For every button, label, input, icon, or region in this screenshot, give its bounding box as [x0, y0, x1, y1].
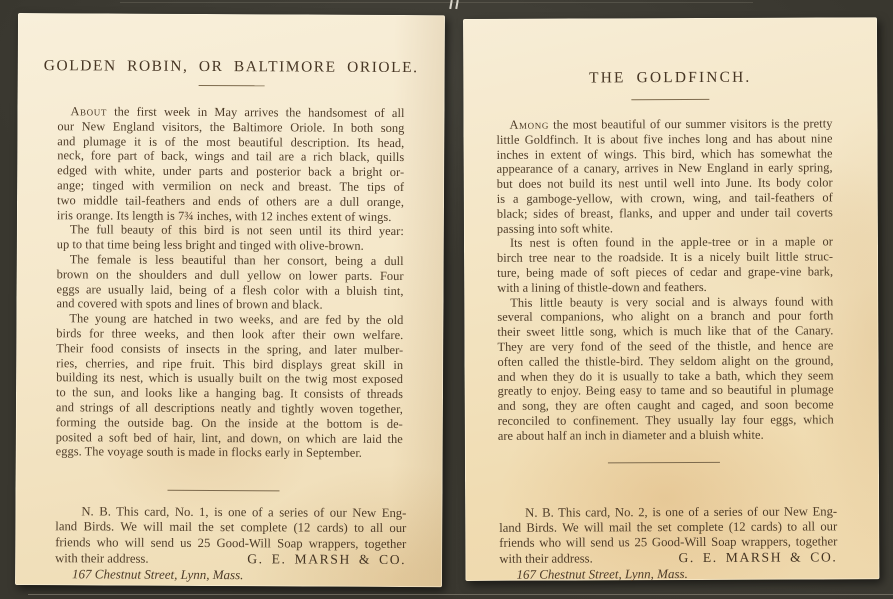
small-caps-lead-word: About — [70, 104, 107, 118]
text-line: N. B. This card, No. 2, is one of a seri… — [499, 504, 837, 521]
paragraph: The female is less beautiful than her co… — [56, 252, 403, 313]
text-line: are about half an inch in diameter and a… — [498, 427, 834, 443]
publisher-address: 167 Chestnut Street, Lynn, Mass. — [72, 566, 406, 583]
text-line: and when they do it is usually to take a… — [498, 368, 834, 384]
text-line: land Birds. We will mail the set complet… — [499, 519, 837, 536]
text-line: N. B. This card, No. 1, is one of a seri… — [55, 504, 406, 521]
trade-card-oriole: GOLDEN ROBIN, OR BALTIMORE ORIOLE. About… — [15, 13, 445, 587]
text-line: forming the outside bag. On the inside a… — [56, 415, 403, 432]
note-closing-line: with their address. G. E. MARSH & CO. — [55, 550, 406, 568]
trade-card-goldfinch: THE GOLDFINCH. Among the most beautiful … — [463, 17, 879, 581]
backdrop-mark — [449, 0, 453, 9]
publisher-signature: G. E. MARSH & CO. — [247, 551, 406, 567]
text-line: appearance of a canary, arrives in New E… — [497, 161, 833, 177]
paragraph: The full beauty of this bird is not seen… — [57, 223, 404, 254]
publisher-note: N. B. This card, No. 1, is one of a seri… — [55, 504, 406, 583]
note-closing-text: with their address. — [499, 552, 592, 568]
backdrop-scratch — [120, 2, 753, 3]
text-line: black; sides of breast, flanks, and uppe… — [497, 205, 833, 221]
text-line: friends who will send us 25 Good-Will So… — [499, 534, 837, 551]
text-line: two middle tail-feathers and ends of oth… — [57, 193, 404, 210]
note-closing-line: with their address. G. E. MARSH & CO. — [499, 550, 837, 568]
text-line: is a gamboge-yellow, with crown, wing, a… — [497, 190, 833, 206]
note-divider — [608, 461, 720, 462]
text-line: inches in extent of wings. This bird, wh… — [497, 146, 833, 162]
text-line: ange; tinged with vermilion on neck and … — [57, 178, 404, 195]
text-line: eggs. The voyage south is made in flocks… — [56, 445, 403, 462]
publisher-note: N. B. This card, No. 2, is one of a seri… — [499, 504, 837, 582]
text-line: our New England visitors, the Baltimore … — [57, 119, 404, 136]
text-line: land Birds. We will mail the set complet… — [55, 520, 406, 537]
text-line: About the first week in May arrives the … — [57, 104, 404, 121]
card-title: THE GOLDFINCH. — [463, 68, 877, 88]
text-line: and song, they are often caught and cage… — [498, 398, 834, 414]
text-line: but does not build its nest until well i… — [497, 176, 833, 192]
paragraph: The young are hatched in two weeks, and … — [56, 311, 404, 461]
text-line: passing into soft white. — [497, 220, 833, 236]
card-body-text: Among the most beautiful of our summer v… — [496, 116, 833, 443]
text-line: several companions, who alight on a bran… — [497, 309, 833, 325]
text-line: This little beauty is very social and is… — [497, 294, 833, 310]
backdrop-scratch — [28, 594, 893, 595]
card-title: GOLDEN ROBIN, OR BALTIMORE ORIOLE. — [18, 57, 445, 77]
note-lines: N. B. This card, No. 1, is one of a seri… — [55, 504, 406, 551]
text-line: The female is less beautiful than her co… — [57, 252, 404, 269]
small-caps-lead-word: Among — [509, 118, 549, 132]
text-line: birch tree near to the roadside. It is a… — [497, 250, 833, 266]
text-line: little Goldfinch. It is about five inche… — [496, 131, 832, 147]
text-line: and strings of all descriptions neatly a… — [56, 400, 403, 417]
note-divider — [167, 490, 279, 492]
paragraph: This little beauty is very social and is… — [497, 294, 834, 443]
text-line: with a lining of thistle-down and feathe… — [497, 279, 833, 295]
text-line: their sweet little song, which is much l… — [497, 324, 833, 340]
title-divider — [631, 99, 709, 100]
text-line: birds for three weeks, and then look aft… — [56, 326, 403, 343]
title-divider — [198, 85, 264, 86]
text-line: greatly to enjoy. Being easy to tame and… — [498, 383, 834, 399]
text-line: They are very fond of the seed of the th… — [497, 338, 833, 354]
paragraph: About the first week in May arrives the … — [57, 104, 405, 224]
paragraph: Its nest is often found in the apple-tre… — [497, 235, 833, 296]
paragraph: Among the most beautiful of our summer v… — [496, 116, 833, 236]
text-line: Their food consists of insects in the sp… — [56, 341, 403, 358]
backdrop-mark — [455, 0, 459, 9]
text-line: Among the most beautiful of our summer v… — [496, 116, 832, 132]
note-closing-text: with their address. — [55, 551, 148, 567]
text-line: often called the thistle-bird. They seld… — [497, 353, 833, 369]
text-line: Its nest is often found in the apple-tre… — [497, 235, 833, 251]
text-line: friends who will send us 25 Good-Will So… — [55, 535, 406, 552]
text-line: to the sun, and looks like a hanging bag… — [56, 385, 403, 402]
photo-backdrop: GOLDEN ROBIN, OR BALTIMORE ORIOLE. About… — [0, 0, 893, 599]
text-line: brown on the shoulders and dull yellow o… — [57, 267, 404, 284]
text-line: ture, being made of soft pieces of cedar… — [497, 264, 833, 280]
publisher-address: 167 Chestnut Street, Lynn, Mass. — [516, 566, 837, 582]
publisher-signature: G. E. MARSH & CO. — [678, 550, 837, 566]
text-line: reconciled to confinement. They usually … — [498, 412, 834, 428]
card-body-text: About the first week in May arrives the … — [56, 104, 405, 461]
note-lines: N. B. This card, No. 2, is one of a seri… — [499, 504, 837, 551]
